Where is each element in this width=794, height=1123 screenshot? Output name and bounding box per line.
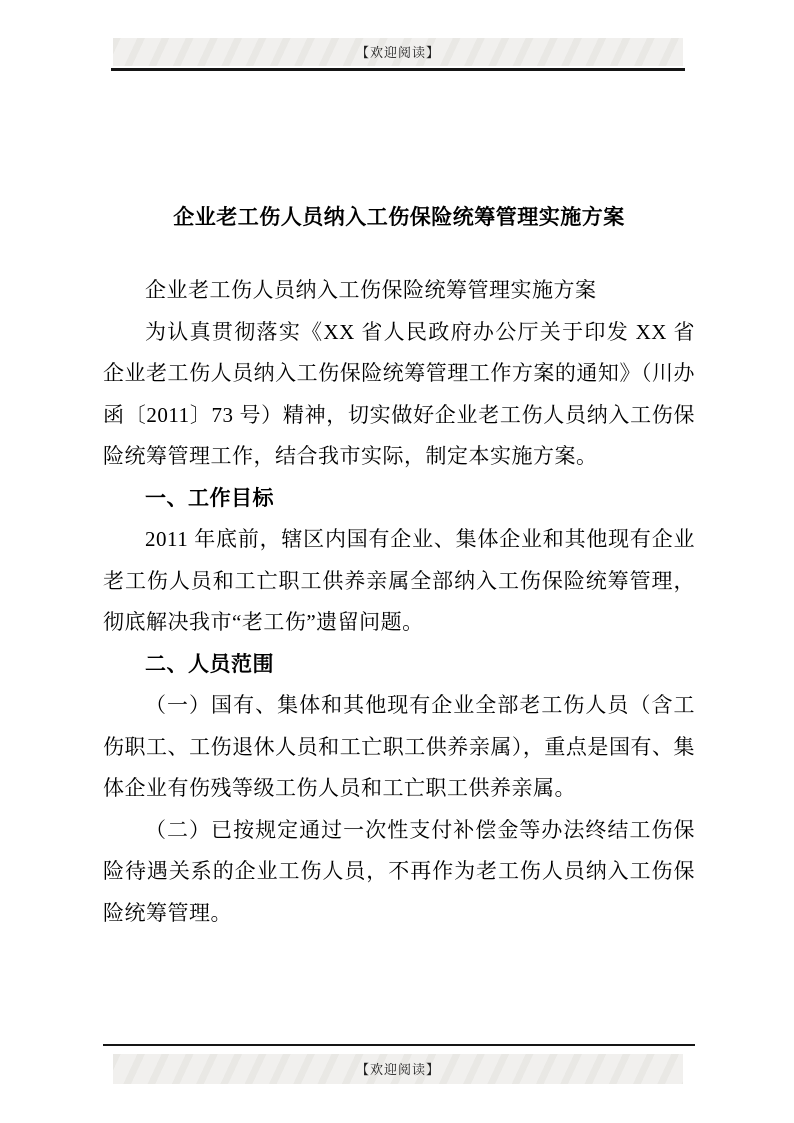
footer-rule [103,1044,695,1046]
paragraph: 2011 年底前，辖区内国有企业、集体企业和其他现有企业老工伤人员和工亡职工供养… [103,519,695,644]
header-rule [111,68,685,71]
document-body: 企业老工伤人员纳入工伤保险统筹管理实施方案为认真贯彻落实《XX 省人民政府办公厅… [103,270,695,934]
document-page: 【欢迎阅读】 企业老工伤人员纳入工伤保险统筹管理实施方案 企业老工伤人员纳入工伤… [0,0,794,1123]
header-banner-text: 【欢迎阅读】 [356,46,440,59]
paragraph: 二、人员范围 [103,644,695,686]
paragraph: 一、工作目标 [103,478,695,520]
paragraph: （一）国有、集体和其他现有企业全部老工伤人员（含工伤职工、工伤退休人员和工亡职工… [103,685,695,810]
header-banner: 【欢迎阅读】 [113,38,683,66]
paragraph: 为认真贯彻落实《XX 省人民政府办公厅关于印发 XX 省企业老工伤人员纳入工伤保… [103,312,695,478]
paragraph: 企业老工伤人员纳入工伤保险统筹管理实施方案 [103,270,695,312]
paragraph: （二）已按规定通过一次性支付补偿金等办法终结工伤保险待遇关系的企业工伤人员，不再… [103,810,695,935]
footer-banner-text: 【欢迎阅读】 [356,1063,440,1076]
footer-banner: 【欢迎阅读】 [113,1054,683,1084]
document-title: 企业老工伤人员纳入工伤保险统筹管理实施方案 [103,197,695,238]
